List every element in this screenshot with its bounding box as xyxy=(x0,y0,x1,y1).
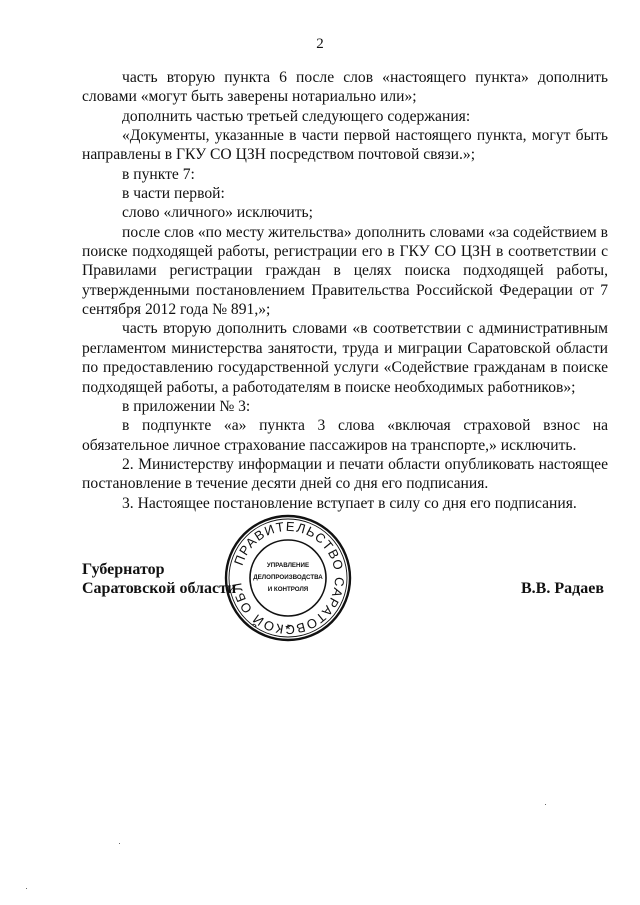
paragraph: «Документы, указанные в части первой нас… xyxy=(82,126,608,165)
paragraph: часть вторую пункта 6 после слов «настоя… xyxy=(82,68,608,107)
paragraph: в приложении № 3: xyxy=(82,397,608,416)
signatory-position: Губернатор Саратовской области xyxy=(82,560,236,598)
scan-speck xyxy=(26,888,27,889)
paragraph: часть вторую дополнить словами «в соотве… xyxy=(82,319,608,396)
paragraph: 2. Министерству информации и печати обла… xyxy=(82,455,608,494)
paragraph: слово «личного» исключить; xyxy=(82,203,608,222)
seal-icon: ПРАВИТЕЛЬСТВО САРАТОВСКОЙ ОБЛАСТИ УПРАВЛ… xyxy=(223,513,353,643)
signatory-title: Губернатор xyxy=(82,560,236,579)
seal-star-icon: * xyxy=(285,621,291,637)
page-number: 2 xyxy=(0,36,640,53)
paragraph: в подпункте «а» пункта 3 слова «включая … xyxy=(82,416,608,455)
signatory-name: В.В. Радаев xyxy=(521,579,604,598)
seal-inner-line1: УПРАВЛЕНИЕ xyxy=(267,562,309,569)
seal-inner-line3: И КОНТРОЛЯ xyxy=(268,586,309,593)
paragraph: после слов «по месту жительства» дополни… xyxy=(82,223,608,320)
paragraph: в части первой: xyxy=(82,184,608,203)
scan-speck xyxy=(545,804,546,805)
official-seal: ПРАВИТЕЛЬСТВО САРАТОВСКОЙ ОБЛАСТИ УПРАВЛ… xyxy=(223,513,353,643)
signatory-region: Саратовской области xyxy=(82,579,236,598)
paragraph: в пункте 7: xyxy=(82,165,608,184)
scan-speck xyxy=(119,843,120,844)
seal-inner-line2: ДЕЛОПРОИЗВОДСТВА xyxy=(253,574,323,581)
paragraph: 3. Настоящее постановление вступает в си… xyxy=(82,494,608,513)
document-body: часть вторую пункта 6 после слов «настоя… xyxy=(82,68,608,513)
paragraph: дополнить частью третьей следующего соде… xyxy=(82,107,608,126)
